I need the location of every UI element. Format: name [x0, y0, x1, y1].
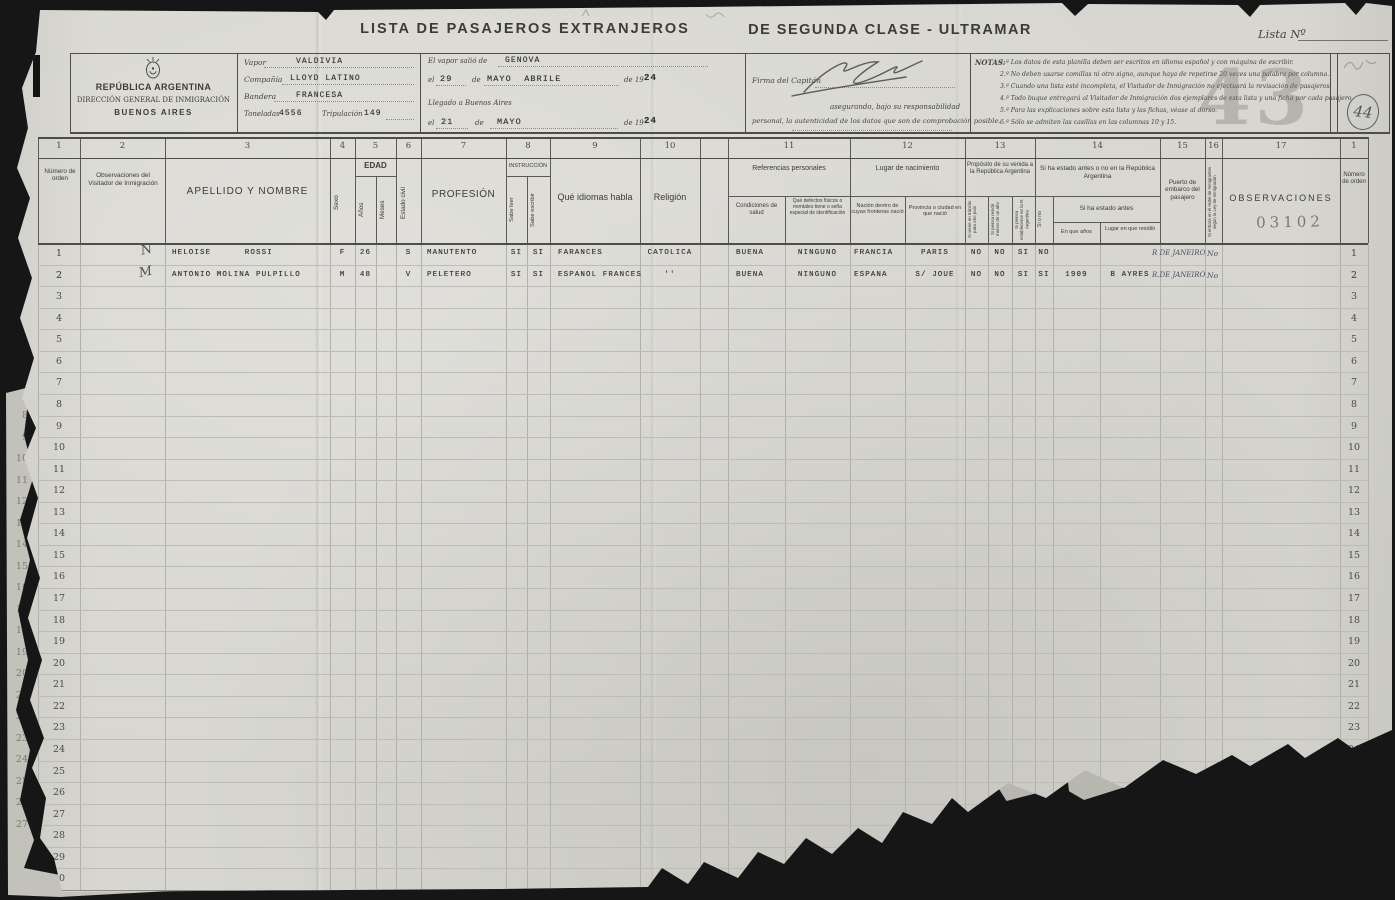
table-row-rule: [38, 372, 1368, 373]
passenger-cell-sabe-leer: SI: [506, 271, 527, 279]
lista-number-blank-line: [1298, 40, 1388, 41]
compania-label: Compañía: [244, 75, 282, 84]
table-horizontal-rule: [38, 243, 1368, 245]
row-number-right: 19: [1340, 636, 1368, 647]
row-number-left: 9: [38, 421, 80, 432]
row-number-left: 29: [38, 852, 80, 863]
under-page-number: 9: [2, 432, 28, 443]
under-page-number: 12: [2, 496, 28, 507]
de19-label: de 19: [624, 76, 644, 84]
passenger-cell-anos-antes: 1909: [1053, 271, 1100, 279]
nota-5: 5.ª Para las explicaciones sobre esta li…: [1000, 107, 1217, 114]
col-number: 8: [506, 141, 550, 151]
tripulacion-value: 149: [364, 109, 382, 118]
row-number-right: 8: [1340, 399, 1368, 410]
table-row-rule: [38, 523, 1368, 524]
passenger-cell-prop2: NO: [988, 249, 1012, 257]
col-header-numero-orden-right: Número de orden: [1340, 172, 1368, 186]
table-vertical-rule: [527, 176, 528, 243]
passenger-cell-num: 2: [38, 270, 80, 281]
bandera-value: FRANCESA: [296, 91, 343, 100]
table-vertical-rule: [396, 137, 397, 243]
row-number-right: 23: [1340, 722, 1368, 733]
passenger-cell-sabe-escribir: SI: [527, 271, 550, 279]
vapor-value: VALDIVIA: [296, 57, 343, 66]
row-number-left: 28: [38, 830, 80, 841]
table-row-rule: [38, 545, 1368, 546]
passenger-cell-num-r: 1: [1340, 248, 1368, 259]
table-row-rule: [38, 416, 1368, 417]
header-group-rule: [728, 196, 850, 197]
passenger-cell-provincia: S/ JOUE: [905, 271, 965, 279]
col-header-meses: Meses: [379, 182, 394, 238]
row-number-left: 10: [38, 442, 80, 453]
captain-line2: asegurando, bajo su responsabilidad: [830, 103, 960, 111]
table-vertical-rule: [1035, 137, 1036, 243]
table-vertical-rule: [1160, 137, 1161, 243]
row-number-left: 6: [38, 356, 80, 367]
passenger-cell-sabe-leer: SI: [506, 249, 527, 257]
de2-label: de: [475, 119, 484, 127]
large-number-stamp: 43: [1198, 62, 1318, 134]
el-label: el: [428, 76, 434, 84]
table-vertical-rule: [850, 137, 851, 243]
table-row-rule: [38, 825, 1368, 826]
passenger-cell-religion: CATOLICA: [640, 249, 700, 257]
table-vertical-rule: [550, 137, 551, 243]
row-number-right: 7: [1340, 377, 1368, 388]
under-page-number: 14: [2, 539, 28, 550]
row-number-right: 22: [1340, 701, 1368, 712]
row-number-right: 15: [1340, 550, 1368, 561]
under-page-number: 15: [2, 561, 28, 572]
passenger-cell-name: HELOISE ROSSI: [172, 249, 273, 257]
table-horizontal-rule: [38, 158, 1368, 159]
captain-signature: [782, 48, 937, 100]
table-vertical-rule: [905, 196, 906, 243]
row-number-right: 11: [1340, 464, 1368, 475]
passenger-cell-num: 1: [38, 248, 80, 259]
page-subtitle: DE SEGUNDA CLASE - ULTRAMAR: [735, 22, 1045, 39]
table-vertical-rule: [785, 196, 786, 243]
header-group-rule: [1035, 196, 1160, 197]
passenger-cell-prop2: NO: [988, 271, 1012, 279]
row-number-right: 20: [1340, 658, 1368, 669]
col-header-numero-orden: Número de orden: [40, 168, 80, 183]
under-page-number: 22: [2, 711, 28, 722]
passenger-cell-prop1: NO: [965, 249, 988, 257]
col-header-instruccion: INSTRUCCIÓN: [506, 163, 550, 169]
table-vertical-rule: [80, 137, 81, 243]
passenger-cell-anos: 26: [355, 249, 376, 257]
pencil-mark-icon: [1340, 52, 1380, 76]
under-page-number: 20: [2, 668, 28, 679]
row-number-right: 13: [1340, 507, 1368, 518]
bandera-label: Bandera: [244, 92, 276, 101]
col-header-apellido: APELLIDO Y NOMBRE: [165, 186, 330, 198]
row-number-left: 16: [38, 571, 80, 582]
passenger-cell-lugar-antes: B AYRES: [1100, 271, 1160, 279]
row-number-right: 9: [1340, 421, 1368, 432]
passenger-cell-prop3: SI: [1012, 271, 1035, 279]
table-row-rule: [38, 868, 1368, 869]
row-number-left: 19: [38, 636, 80, 647]
compania-value: LLOYD LATINO: [290, 74, 361, 83]
de19b-label: de 19: [624, 119, 644, 127]
passenger-cell-religion: '': [640, 271, 700, 279]
col-header-proposito: Propósito de su venida a la República Ar…: [966, 162, 1034, 176]
row-number-left: 13: [38, 507, 80, 518]
table-vertical-rule: [640, 137, 641, 243]
table-row-rule: [38, 286, 1368, 287]
col-number: 14: [1035, 141, 1160, 151]
header-group-rule: [965, 196, 1035, 197]
table-row-rule: [38, 437, 1368, 438]
llegada-month: MAYO: [497, 117, 522, 127]
passenger-cell-puerto: R.DE JANEIRO: [1152, 271, 1205, 279]
passenger-cell-profesion: PELETERO: [427, 271, 472, 279]
row-number-left: 11: [38, 464, 80, 475]
pencil-mark-icon: [578, 6, 738, 22]
col-header-prop-sub2: Si piensa residir menos de un año: [990, 198, 1010, 241]
nota-6: 6.ª Sólo se admiten las casillas en las …: [1000, 119, 1176, 126]
table-vertical-rule: [700, 137, 701, 243]
row-number-right: 10: [1340, 442, 1368, 453]
col-header-sabe-leer: Sabe leer: [509, 182, 524, 238]
under-page-number: 19: [2, 647, 28, 658]
vapor-label: Vapor: [244, 58, 266, 67]
table-vertical-rule: [988, 196, 989, 243]
table-row-rule: [38, 610, 1368, 611]
row-number-right: 4: [1340, 313, 1368, 324]
col-header-estado-antes: Si ha estado antes o no en la República …: [1037, 165, 1158, 180]
scanned-document-photo: 89101112131415161718192021222324252627 L…: [0, 0, 1395, 900]
row-number-right: 30: [1340, 873, 1368, 884]
under-page-number: 24: [2, 754, 28, 765]
row-number-left: 21: [38, 679, 80, 690]
col-header-puerto: Puerto de embarco del pasajero: [1161, 179, 1204, 201]
passenger-cell-anos: 48: [355, 271, 376, 279]
row-number-left: 24: [38, 744, 80, 755]
row-number-right: 6: [1340, 356, 1368, 367]
col-header-idiomas: Qué idiomas habla: [550, 192, 640, 203]
tripulacion-label: Tripulación: [322, 110, 363, 118]
row-number-right: 5: [1340, 334, 1368, 345]
header-group-rule: [1053, 222, 1160, 223]
table-row-rule: [38, 804, 1368, 805]
col-number: 13: [965, 141, 1035, 151]
col-header-religion: Religión: [640, 192, 700, 203]
table-vertical-rule: [1053, 196, 1054, 243]
row-number-right: 12: [1340, 485, 1368, 496]
org-country: REPÚBLICA ARGENTINA: [75, 82, 232, 93]
document-page: LISTA DE PASAJEROS EXTRANJEROS DE SEGUND…: [0, 0, 1395, 900]
passenger-cell-profesion: MANUTENTO: [427, 249, 477, 257]
fold-crease: [315, 0, 322, 900]
col-header-lugar-residio: Lugar en que residió: [1101, 226, 1159, 232]
passenger-cell-name: ANTONIO MOLINA PULPILLO: [172, 271, 301, 279]
table-vertical-rule: [165, 137, 166, 243]
col-header-lugar-nacimiento: Lugar de nacimiento: [850, 165, 965, 173]
col-number: 10: [640, 141, 700, 151]
passenger-cell-estuvo: NO: [1035, 249, 1053, 257]
under-page-number: 25: [2, 776, 28, 787]
passenger-cell-defectos: NINGUNO: [785, 271, 850, 279]
col-header-sabe-escribir: Sabe escribir: [530, 182, 547, 238]
passenger-cell-nacion: ESPANA: [854, 271, 888, 279]
de-label: de: [472, 76, 481, 84]
row-number-left: 20: [38, 658, 80, 669]
passenger-cell-prop1: NO: [965, 271, 988, 279]
col-header-en-que-anos: En que años: [1054, 229, 1099, 235]
passenger-cell-idiomas: ESPANOL FRANCES: [558, 271, 642, 279]
row-number-left: 26: [38, 787, 80, 798]
lista-number-label: Lista Nº: [1258, 27, 1306, 41]
fold-crease: [650, 0, 657, 900]
table-row-rule: [38, 847, 1368, 848]
row-number-right: 18: [1340, 615, 1368, 626]
col-header-provincia: Provincia o ciudad en que nació: [906, 205, 964, 218]
under-page-number: 11: [2, 475, 28, 486]
table-row-rule: [38, 631, 1368, 632]
col-number: 7: [421, 141, 506, 151]
table-row-rule: [38, 761, 1368, 762]
col-header-observaciones: OBSERVACIONES: [1222, 193, 1340, 204]
col-number: 6: [396, 141, 421, 151]
passenger-cell-sexo: M: [330, 271, 355, 279]
col-number: 1: [38, 141, 80, 151]
under-page-number: 26: [2, 797, 28, 808]
row-number-left: 7: [38, 377, 80, 388]
row-number-right: 16: [1340, 571, 1368, 582]
col-header-si-o-no: Sí o no: [1038, 198, 1051, 241]
passenger-cell-hotel: No: [1207, 249, 1218, 258]
col-header-estado-civil: Estado civil: [400, 168, 418, 238]
under-page-number: 27: [2, 819, 28, 830]
salida-month: MAYO ABRILE: [487, 74, 561, 84]
col-number: 12: [850, 141, 965, 151]
table-row-rule: [38, 696, 1368, 697]
row-number-right: 21: [1340, 679, 1368, 690]
under-page-number: 10: [2, 453, 28, 464]
table-row-rule: [38, 782, 1368, 783]
row-number-right: 25: [1340, 766, 1368, 777]
row-number-left: 27: [38, 809, 80, 820]
passenger-cell-hotel: No: [1207, 271, 1218, 280]
col-number: 4: [330, 141, 355, 151]
salida-label: El vapor salió de: [428, 57, 487, 65]
col-number: 16: [1205, 141, 1222, 151]
table-vertical-rule: [355, 137, 356, 243]
serial-number-stamp: 03102: [1240, 212, 1340, 232]
col-header-prop-sub3: Si piensa establecerse en la R. Argentin…: [1014, 198, 1033, 241]
table-row-rule: [38, 588, 1368, 589]
row-number-right: 28: [1340, 830, 1368, 841]
table-row-rule: [38, 308, 1368, 309]
passenger-cell-sabe-escribir: SI: [527, 249, 550, 257]
table-row-rule: [38, 265, 1368, 266]
col-number: 11: [728, 141, 850, 151]
el2-label: el: [428, 119, 434, 127]
toneladas-value: 4556: [279, 109, 303, 118]
row-number-left: 15: [38, 550, 80, 561]
row-number-right: 29: [1340, 852, 1368, 863]
row-number-left: 22: [38, 701, 80, 712]
llegada-year: 24: [644, 116, 657, 126]
under-page-number: 16: [2, 582, 28, 593]
col-header-profesion: PROFESIÓN: [421, 189, 506, 201]
col-number: 3: [165, 141, 330, 151]
table-row-rule: [38, 329, 1368, 330]
header-group-rule: [506, 176, 550, 177]
passenger-cell-num-r: 2: [1340, 270, 1368, 281]
col-header-nacion: Nación dentro de cuyas fronteras nació: [851, 203, 904, 216]
row-number-right: 3: [1340, 291, 1368, 302]
passenger-cell-defectos: NINGUNO: [785, 249, 850, 257]
table-row-rule: [38, 351, 1368, 352]
fold-crease: [955, 0, 962, 900]
table-vertical-rule: [728, 137, 729, 243]
org-city: BUENOS AIRES: [75, 108, 232, 117]
col-header-sexo: Sexo: [333, 168, 353, 238]
passenger-cell-sexo: F: [330, 249, 355, 257]
col-header-observaciones-visitador: Observaciones del Visitador de Inmigraci…: [84, 172, 162, 187]
passenger-cell-estado-civil: V: [396, 271, 421, 279]
col-header-edad: EDAD: [355, 161, 396, 170]
table-vertical-rule: [1012, 196, 1013, 243]
col-number: 5: [355, 141, 396, 151]
under-page-number: 8: [2, 410, 28, 421]
table-row-rule: [38, 394, 1368, 395]
col-header-condiciones: Condiciones de salud: [729, 203, 784, 217]
salida-year: 24: [644, 73, 657, 83]
table-vertical-rule: [506, 137, 507, 243]
row-number-right: 17: [1340, 593, 1368, 604]
table-row-rule: [38, 674, 1368, 675]
row-number-left: 5: [38, 334, 80, 345]
salida-port: GENOVA: [505, 56, 540, 65]
row-number-left: 18: [38, 615, 80, 626]
llegada-label: Llegado a Buenos Aires: [428, 99, 512, 107]
under-page-number: 23: [2, 733, 28, 744]
table-row-rule: [38, 717, 1368, 718]
header-group-rule: [355, 176, 396, 177]
passenger-cell-nacion: FRANCIA: [854, 249, 893, 257]
col-number: 17: [1222, 141, 1340, 151]
table-bottom-rule: [38, 890, 1368, 891]
passenger-cell-salud: BUENA: [736, 249, 764, 257]
table-row-rule: [38, 480, 1368, 481]
table-vertical-rule: [1100, 222, 1101, 243]
row-number-right: 26: [1340, 787, 1368, 798]
row-number-left: 23: [38, 722, 80, 733]
col-number: 1: [1340, 141, 1368, 151]
table-vertical-rule: [376, 176, 377, 243]
row-number-left: 14: [38, 528, 80, 539]
captain-line3: personal, la autenticidad de los datos q…: [752, 117, 1001, 125]
under-page-number: 13: [2, 518, 28, 529]
row-number-right: 27: [1340, 809, 1368, 820]
row-number-right: 24: [1340, 744, 1368, 755]
table-vertical-rule: [965, 137, 966, 243]
table-row-rule: [38, 502, 1368, 503]
col-number: 15: [1160, 141, 1205, 151]
col-number: 2: [80, 141, 165, 151]
salida-day: 29: [440, 74, 452, 84]
table-vertical-rule: [38, 137, 39, 243]
row-number-left: 4: [38, 313, 80, 324]
row-number-left: 25: [38, 766, 80, 777]
passenger-cell-estado-civil: S: [396, 249, 421, 257]
table-vertical-rule: [1205, 137, 1206, 243]
table-vertical-rule: [1368, 243, 1369, 890]
passenger-cell-prop3: SI: [1012, 249, 1035, 257]
table-horizontal-rule: [38, 137, 1368, 139]
passenger-cell-idiomas: FARANCES: [558, 249, 603, 257]
table-vertical-rule: [330, 137, 331, 243]
llegada-day: 21: [441, 117, 453, 127]
col-header-hotel-inmigrantes: Si entrará en el Hotel de Inmigrantes se…: [1207, 164, 1220, 240]
row-number-right: 14: [1340, 528, 1368, 539]
row-number-left: 17: [38, 593, 80, 604]
col-header-anos: Años: [358, 182, 373, 238]
col-header-defectos: Qué defectos físicos o mentales tiene o …: [786, 199, 849, 217]
passenger-cell-salud: BUENA: [736, 271, 764, 279]
row-number-left: 3: [38, 291, 80, 302]
under-page-number: 17: [2, 604, 28, 615]
row-number-left: 12: [38, 485, 80, 496]
table-row-rule: [38, 459, 1368, 460]
under-page-number: 18: [2, 625, 28, 636]
org-department: DIRECCIÓN GENERAL DE INMIGRACIÓN: [71, 96, 236, 104]
passenger-cell-estuvo: SI: [1035, 271, 1053, 279]
table-vertical-rule: [1340, 137, 1341, 243]
under-page-number: 21: [2, 690, 28, 701]
argentina-coat-of-arms-icon: [143, 56, 163, 80]
page-title: LISTA DE PASAJEROS EXTRANJEROS: [360, 21, 690, 38]
toneladas-label: Toneladas: [244, 110, 280, 118]
row-number-left: 8: [38, 399, 80, 410]
header-group-rule: [850, 196, 965, 197]
col-header-referencias: Referencias personales: [728, 165, 850, 173]
col-header-prop-sub1: Si viene en tránsito para otro país: [967, 198, 986, 241]
table-row-rule: [38, 653, 1368, 654]
table-row-rule: [38, 566, 1368, 567]
col-header-ha-estado: Si ha estado antes: [1053, 205, 1160, 213]
passenger-cell-provincia: PARIS: [905, 249, 965, 257]
ink-bar-mark: [33, 55, 40, 97]
table-vertical-rule: [1222, 137, 1223, 243]
table-vertical-rule: [421, 137, 422, 243]
table-vertical-rule: [1368, 137, 1369, 243]
passenger-cell-puerto: R DE JANEIRO: [1152, 249, 1205, 257]
table-row-rule: [38, 739, 1368, 740]
col-number: 9: [550, 141, 640, 151]
